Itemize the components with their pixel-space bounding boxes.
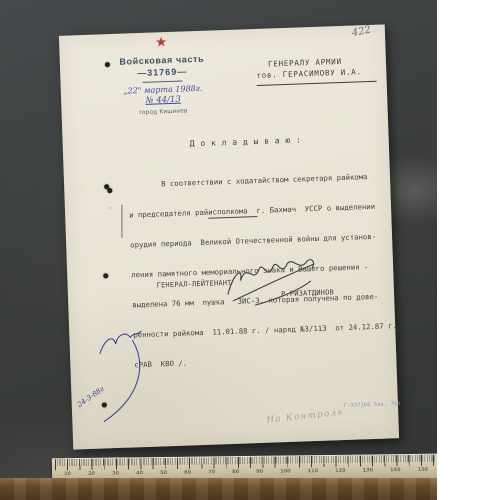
margin-plus-mark: + [108,204,112,212]
body-line: В соответствии с ходатайством секретаря … [128,171,386,190]
salutation: Д о к л а д ы в а ю : [190,135,302,148]
body-line: и председателя райисполкома г. Бахмач УС… [129,201,387,220]
body-line: сРАВ КВО /. [134,351,392,370]
unit-number: —31769— [100,65,224,79]
handwritten-signature [222,253,322,310]
recipient-block: ГЕНЕРАЛУ АРМИИ тов. ГЕРАСИМОВУ И.А. [256,55,377,86]
pencil-note: На Контроль [266,407,344,425]
letterhead-divider [143,81,183,83]
photo-background: 422 ★ Войсковая часть —31769— „22" марта… [0,0,437,500]
body-line: орудия периода Великой Отечественной вой… [130,231,388,250]
page-number-annotation: 422 [351,25,372,39]
margin-mark-line [121,205,122,238]
letterhead: ★ Войсковая часть —31769— „22" марта 198… [99,34,226,117]
punch-hole [107,188,112,193]
body-line: ренности райкома 11.01.88 г. / наряд №3/… [133,321,391,340]
ink-resolution-scribble [77,326,152,428]
wood-table-surface [0,478,437,500]
punch-hole [103,273,108,278]
document-paper: 422 ★ Войсковая часть —31769— „22" марта… [59,24,399,449]
print-shop-code: Г-337166 Зак. 703 [344,401,401,409]
city-name: город Кишинев [102,107,226,117]
red-star-icon: ★ [99,34,223,51]
